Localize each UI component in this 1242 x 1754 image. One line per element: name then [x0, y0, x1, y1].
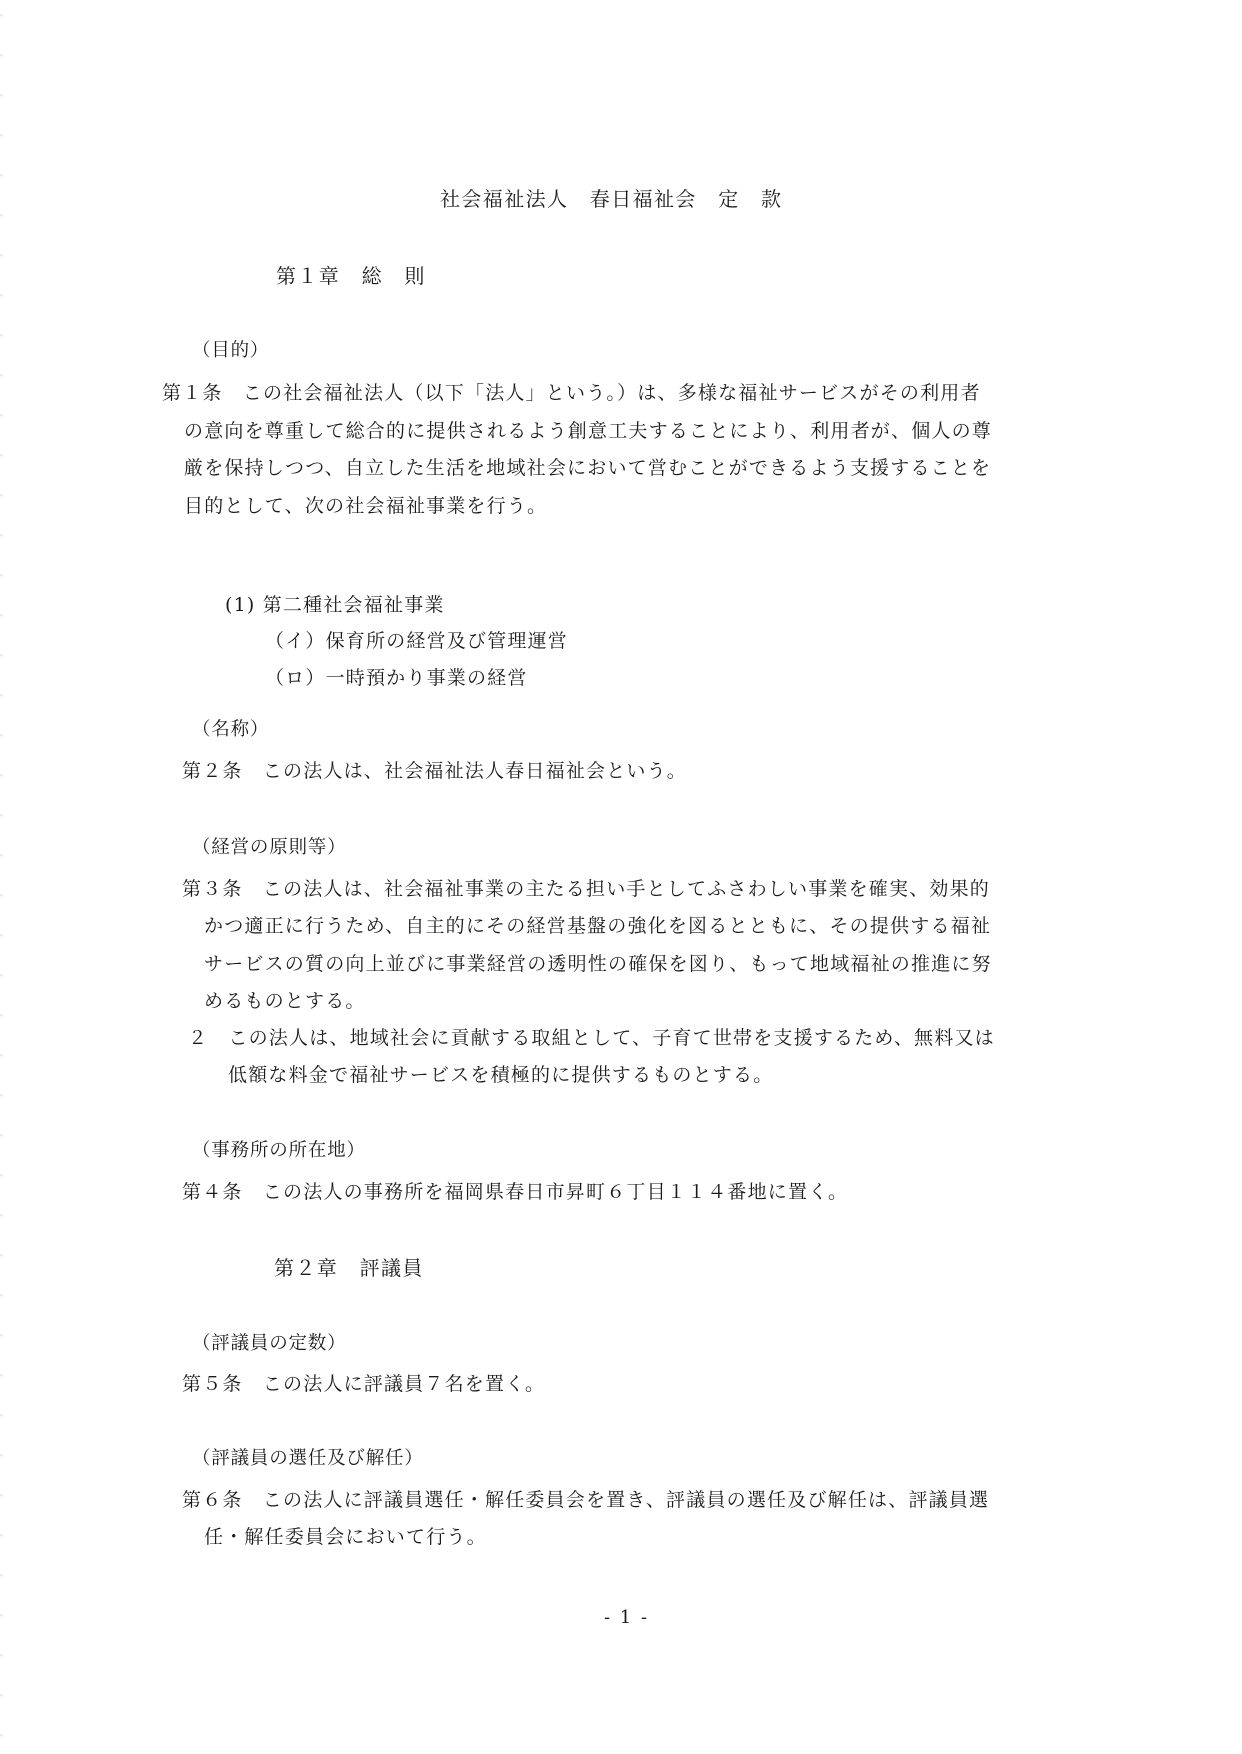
item-label: （ロ） — [265, 667, 326, 689]
document-title: 社会福祉法人 春日福祉会 定 款 — [440, 187, 782, 211]
article-1-item-ro: （ロ）一時預かり事業の経営 — [236, 642, 528, 714]
article-2-caption: （名称） — [192, 718, 269, 742]
chapter-2-heading: 第２章 評議員 — [274, 1256, 424, 1280]
scan-edge-artifact — [0, 0, 3, 1754]
article-1-line-2: の意向を尊重して総合的に提供されるよう創意工夫することにより、利用者が、個人の尊 — [184, 419, 992, 443]
article-3-line-2: かつ適正に行うため、自主的にその経営基盤の強化を図るとともに、その提供する福祉 — [204, 914, 991, 938]
article-3-paragraph-2-line-1: ２ この法人は、地域社会に貢献する取組として、子育て世帯を支援するため、無料又は — [188, 1026, 995, 1050]
article-6-line-2: 任・解任委員会において行う。 — [204, 1525, 487, 1549]
item-text: 一時預かり事業の経営 — [326, 667, 528, 689]
article-4-caption: （事務所の所在地） — [192, 1139, 366, 1163]
article-3-caption: （経営の原則等） — [192, 836, 346, 860]
article-3-paragraph-2-line-2: 低額な料金で福祉サービスを積極的に提供するものとする。 — [228, 1063, 773, 1087]
article-3-line-1: 第３条 この法人は、社会福祉事業の主たる担い手としてふさわしい事業を確実、効果的 — [182, 877, 990, 901]
article-1-line-1: 第１条 この社会福祉法人（以下「法人」という。）は、多様な福祉サービスがその利用… — [162, 381, 981, 405]
article-1-line-4: 目的として、次の社会福祉事業を行う。 — [184, 494, 547, 518]
article-1-line-3: 厳を保持しつつ、自立した生活を地域社会において営むことができるよう支援することを — [184, 456, 991, 480]
document-page: 社会福祉法人 春日福祉会 定 款 第１章 総 則 （目的） 第１条 この社会福祉… — [0, 0, 1242, 1754]
article-2-line-1: 第２条 この法人は、社会福祉法人春日福祉会という。 — [182, 759, 687, 783]
article-6-caption: （評議員の選任及び解任） — [192, 1447, 424, 1471]
article-4-line-1: 第４条 この法人の事務所を福岡県春日市昇町６丁目１１４番地に置く。 — [182, 1180, 848, 1204]
article-5-line-1: 第５条 この法人に評議員７名を置く。 — [182, 1372, 545, 1396]
page-number: - 1 - — [604, 1606, 649, 1630]
article-3-line-3: サービスの質の向上並びに事業経営の透明性の確保を図り、もって地域福祉の推進に努 — [204, 952, 992, 976]
chapter-1-heading: 第１章 総 則 — [276, 264, 426, 288]
article-5-caption: （評議員の定数） — [192, 1332, 346, 1356]
article-6-line-1: 第６条 この法人に評議員選任・解任委員会を置き、評議員の選任及び解任は、評議員選 — [182, 1488, 989, 1512]
article-1-caption: （目的） — [192, 339, 269, 363]
article-3-line-4: めるものとする。 — [204, 989, 366, 1013]
